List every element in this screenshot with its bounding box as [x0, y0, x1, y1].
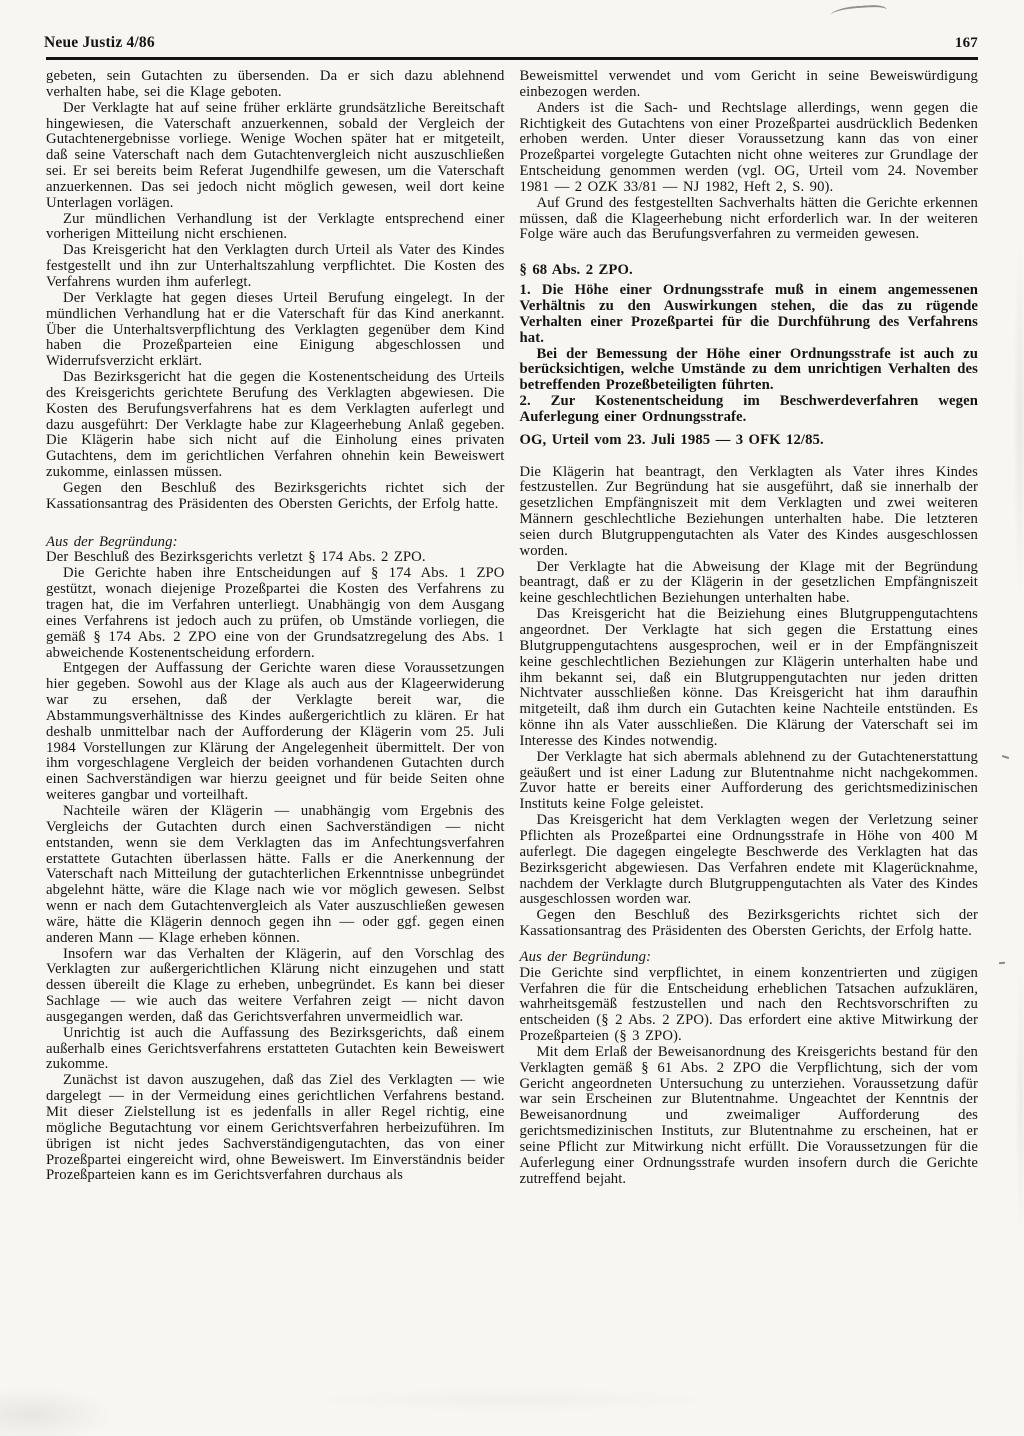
paragraph: Die Gerichte haben ihre Entscheidungen a… [46, 566, 505, 661]
paragraph: Die Gerichte sind verpflichtet, in einem… [520, 966, 979, 1045]
paragraph: Die Klägerin hat beantragt, den Verklagt… [520, 465, 979, 560]
paragraph: Zunächst ist davon auszugehen, daß das Z… [46, 1073, 505, 1184]
right-column: Beweismittel verwendet und vom Gericht i… [520, 69, 979, 1188]
paragraph: Das Kreisgericht hat die Beiziehung eine… [520, 607, 979, 750]
headnote-2: 2. Zur Kostenentscheidung im Beschwerdev… [520, 394, 979, 426]
page-number: 167 [955, 35, 978, 52]
scan-margin-mark [999, 962, 1005, 965]
paragraph: Entgegen der Auffassung der Gerichte war… [46, 661, 505, 804]
aus-der-begruendung-label: Aus der Begründung: [520, 950, 979, 966]
paragraph: Auf Grund des festgestellten Sachverhalt… [520, 196, 979, 244]
paragraph: Zur mündlichen Verhandlung ist der Verkl… [46, 212, 505, 244]
headnote-1: 1. Die Höhe einer Ordnungsstrafe muß in … [520, 283, 979, 346]
paragraph: Unrichtig ist auch die Auffassung des Be… [46, 1026, 505, 1074]
scan-margin-mark [1002, 755, 1009, 759]
paragraph: Gegen den Beschluß des Bezirksgerichts r… [46, 481, 505, 513]
paragraph: Das Kreisgericht hat den Verklagten durc… [46, 243, 505, 291]
case-citation: OG, Urteil vom 23. Juli 1985 — 3 OFK 12/… [520, 433, 979, 449]
paragraph: Gegen den Beschluß des Bezirksgerichts r… [520, 908, 979, 940]
headnote-1b: Bei der Bemessung der Höhe einer Ordnung… [520, 347, 979, 395]
journal-title: Neue Justiz 4/86 [44, 34, 155, 52]
aus-der-begruendung-label: Aus der Begründung: [46, 535, 505, 551]
page-header: Neue Justiz 4/86 167 [46, 34, 978, 60]
paragraph: Der Verklagte hat die Abweisung der Klag… [520, 560, 979, 608]
paragraph: Der Verklagte hat auf seine früher erklä… [46, 101, 505, 212]
paragraph: Nachteile wären der Klägerin — unabhängi… [46, 804, 505, 947]
two-column-body: gebeten, sein Gutachten zu übersenden. D… [46, 69, 978, 1188]
statute-heading: § 68 Abs. 2 ZPO. [520, 263, 979, 279]
paragraph: Das Bezirksgericht hat die gegen die Kos… [46, 370, 505, 481]
paragraph: Der Verklagte hat gegen dieses Urteil Be… [46, 291, 505, 370]
paragraph: Der Verklagte hat sich abermals ablehnen… [520, 750, 979, 813]
left-column: gebeten, sein Gutachten zu übersenden. D… [46, 69, 505, 1188]
paragraph-continuation: gebeten, sein Gutachten zu übersenden. D… [46, 69, 505, 101]
paragraph: Anders ist die Sach- und Rechtslage alle… [520, 101, 979, 196]
paragraph: Der Beschluß des Bezirksgerichts verletz… [46, 550, 505, 566]
paragraph: Insofern war das Verhalten der Klägerin,… [46, 947, 505, 1026]
paragraph-continuation: Beweismittel verwendet und vom Gericht i… [520, 69, 979, 101]
journal-page: Neue Justiz 4/86 167 gebeten, sein Gutac… [46, 34, 978, 1188]
paragraph: Mit dem Erlaß der Beweisanordnung des Kr… [520, 1045, 979, 1188]
paragraph: Das Kreisgericht hat dem Verklagten wege… [520, 813, 979, 908]
scan-squiggle-mark [828, 4, 888, 24]
